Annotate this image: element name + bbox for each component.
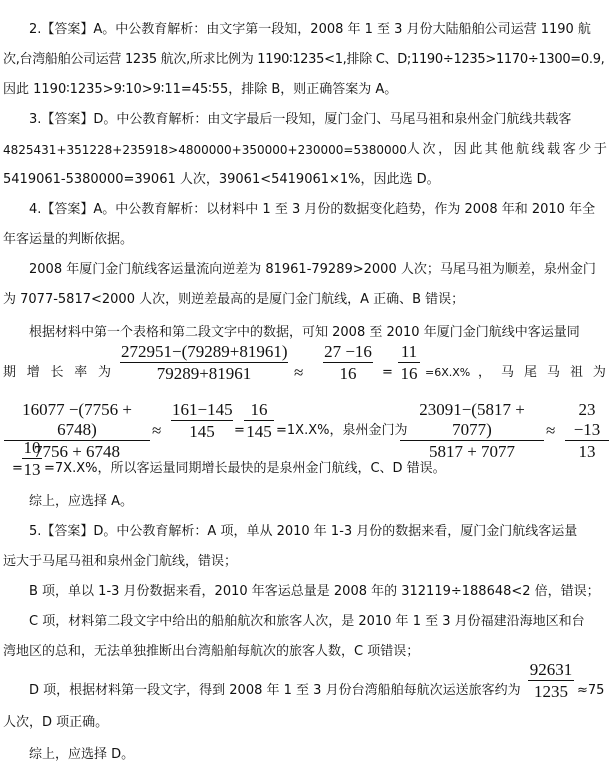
mazu-result-fraction: 16 145 bbox=[244, 400, 274, 443]
mazu-rate: =1X.X%，泉州金门为 bbox=[276, 421, 407, 441]
mazu-simplified-fraction: 161−145 145 bbox=[171, 400, 233, 443]
approx-sign: ≈ bbox=[294, 363, 303, 383]
q3-sum-expression: 4825431+351228+235918>4800000+350000+230… bbox=[3, 140, 407, 160]
q4-line-4: 为 7077-5817<2000 人次，则逆差最高的是厦门金门航线，A 正确、B… bbox=[3, 290, 464, 310]
q2-line-1: 2.【答案】A。中公教育解析：由文字第一段知，2008 年 1 至 3 月份大陆… bbox=[29, 20, 591, 40]
xiamen-growth-fraction: 272951−(79289+81961) 79289+81961 bbox=[120, 342, 288, 385]
mazu-label: ， 马 尾 马 祖 为 bbox=[478, 363, 606, 383]
q4-line-2: 年客运量的判断依据。 bbox=[3, 230, 133, 250]
approx-sign: ≈ bbox=[152, 421, 161, 441]
q3-line-2-tail: 人 次 ， 因 此 其 他 航 线 载 客 少 于 bbox=[407, 140, 607, 160]
q4-line-3: 2008 年厦门金门航线客运量流向逆差为 81961-79289>2000 人次… bbox=[29, 260, 596, 280]
quanzhou-simplified-fraction: 23 −13 13 bbox=[565, 400, 609, 463]
q3-line-1: 3.【答案】D。中公教育解析：由文字最后一段知，厦门金门、马尾马祖和泉州金门航线… bbox=[29, 110, 571, 130]
q5-line-1: 5.【答案】D。中公教育解析：A 项，单从 2010 年 1-3 月份的数据来看… bbox=[29, 522, 577, 542]
q5-line-7: 人次，D 项正确。 bbox=[3, 713, 108, 733]
xiamen-result-fraction: 11 16 bbox=[398, 342, 420, 385]
approx-sign: ≈ bbox=[546, 421, 555, 441]
q3-line-2: 4825431+351228+235918>4800000+350000+230… bbox=[3, 140, 607, 160]
xiamen-rate: =6X.X% bbox=[425, 363, 470, 383]
taiwan-per-voyage-fraction: 92631 1235 bbox=[528, 660, 574, 703]
q2-line-3: 因此 1190∶1235>9∶10>9∶11=45∶55，排除 B，则正确答案为… bbox=[3, 80, 397, 100]
quanzhou-rate-conclusion: =7X.X%，所以客运量同期增长最快的是泉州金门航线，C、D 错误。 bbox=[44, 459, 446, 479]
quanzhou-growth-fraction: 23091−(5817 + 7077) 5817 + 7077 bbox=[400, 400, 544, 463]
q5-line-6: D 项，根据材料第一段文字，得到 2008 年 1 至 3 月份台湾船舶每航次运… bbox=[29, 681, 521, 701]
q4-growth-label: 期 增 长 率 为 bbox=[3, 363, 111, 383]
q3-line-3: 5419061-5380000=39061 人次，39061<5419061×1… bbox=[3, 170, 440, 190]
quanzhou-result-fraction: 10 13 bbox=[22, 438, 42, 481]
equals-sign: = bbox=[382, 363, 393, 383]
q2-line-2: 次,台湾船舶公司运营 1235 航次,所求比例为 1190∶1235<1,排除 … bbox=[3, 50, 605, 70]
q5-line-5: 湾地区的总和，无法单独推断出台湾船舶每航次的旅客人数，C 项错误； bbox=[3, 642, 419, 662]
q4-line-5: 根据材料中第一个表格和第二段文字中的数据，可知 2008 至 2010 年厦门金… bbox=[29, 323, 580, 343]
q5-line-4: C 项，材料第二段文字中给出的船舶航次和旅客人次，是 2010 年 1 至 3 … bbox=[29, 612, 585, 632]
q4-line-1: 4.【答案】A。中公教育解析：以材料中 1 至 3 月份的数据变化趋势，作为 2… bbox=[29, 200, 595, 220]
xiamen-simplified-fraction: 27 −16 16 bbox=[323, 342, 373, 385]
q5-line-2: 远大于马尾马祖和泉州金门航线，错误； bbox=[3, 552, 237, 572]
q4-summary: 综上，应选择 A。 bbox=[29, 492, 133, 512]
approx-75: ≈75 bbox=[577, 681, 604, 701]
q5-line-3: B 项，单以 1-3 月份数据来看，2010 年客运总量是 2008 年的 31… bbox=[29, 582, 600, 602]
q5-summary: 综上，应选择 D。 bbox=[29, 745, 134, 765]
